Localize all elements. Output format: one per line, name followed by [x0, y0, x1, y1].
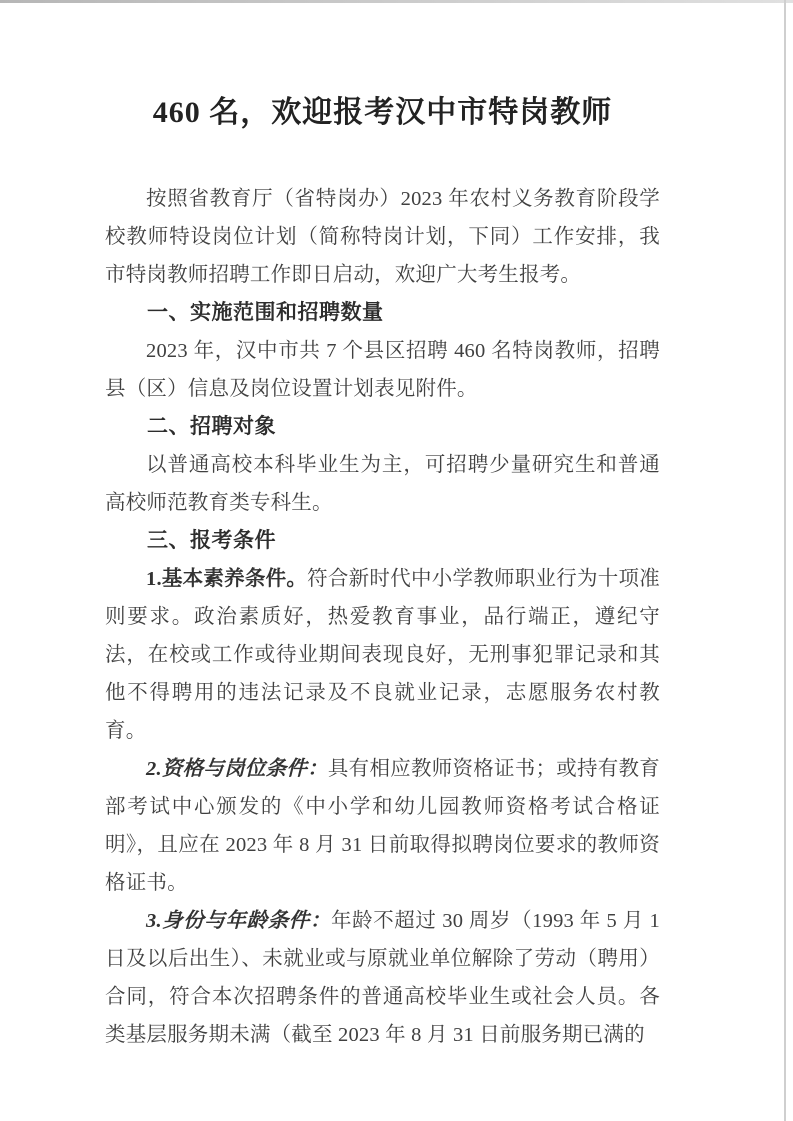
paragraph-targets-text: 以普通高校本科毕业生为主，可招聘少量研究生和普通高校师范教育类专科生。 — [105, 454, 660, 514]
scan-artifact-right-edge — [784, 0, 786, 1121]
paragraph-condition-2-qualification: 2.资格与岗位条件：具有相应教师资格证书；或持有教育部考试中心颁发的《中小学和幼… — [105, 750, 660, 902]
scanned-document-page: 460 名，欢迎报考汉中市特岗教师 按照省教育厅（省特岗办）2023 年农村义务… — [0, 0, 793, 1121]
paragraph-condition-1-basic-quality: 1.基本素养条件。符合新时代中小学教师职业行为十项准则要求。政治素质好，热爱教育… — [105, 560, 660, 750]
heading-section-3-requirements: 三、报考条件 — [105, 522, 660, 560]
heading-section-1-scope: 一、实施范围和招聘数量 — [105, 294, 660, 332]
condition-3-label: 3.身份与年龄条件： — [146, 910, 331, 932]
condition-2-label: 2.资格与岗位条件： — [146, 758, 328, 780]
paragraph-scope: 2023 年，汉中市共 7 个县区招聘 460 名特岗教师，招聘县（区）信息及岗… — [105, 332, 660, 408]
condition-1-label: 1.基本素养条件。 — [146, 568, 307, 590]
paragraph-intro: 按照省教育厅（省特岗办）2023 年农村义务教育阶段学校教师特设岗位计划（简称特… — [105, 180, 660, 294]
condition-1-text: 符合新时代中小学教师职业行为十项准则要求。政治素质好，热爱教育事业，品行端正，遵… — [105, 568, 660, 742]
document-title: 460 名，欢迎报考汉中市特岗教师 — [105, 90, 660, 136]
scan-artifact-top-edge — [0, 0, 793, 3]
paragraph-condition-3-identity-age: 3.身份与年龄条件：年龄不超过 30 周岁（1993 年 5 月 1 日及以后出… — [105, 902, 660, 1054]
paragraph-intro-text: 按照省教育厅（省特岗办）2023 年农村义务教育阶段学校教师特设岗位计划（简称特… — [105, 188, 660, 286]
paragraph-scope-text: 2023 年，汉中市共 7 个县区招聘 460 名特岗教师，招聘县（区）信息及岗… — [105, 340, 660, 400]
paragraph-targets: 以普通高校本科毕业生为主，可招聘少量研究生和普通高校师范教育类专科生。 — [105, 446, 660, 522]
heading-section-2-targets: 二、招聘对象 — [105, 408, 660, 446]
